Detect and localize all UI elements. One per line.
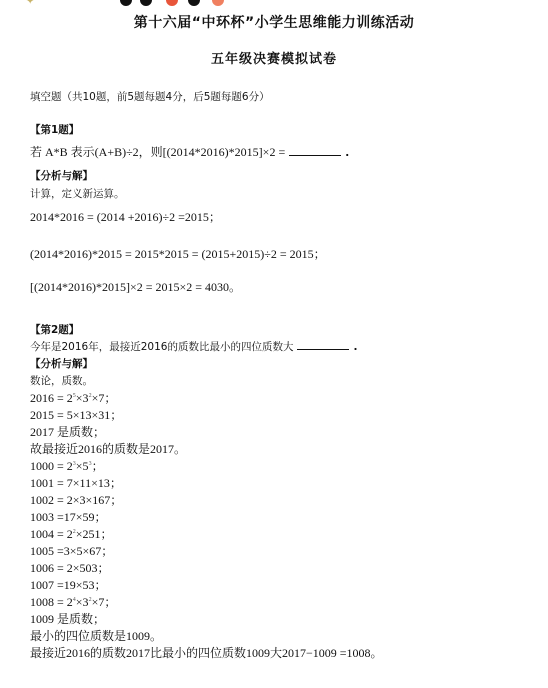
q2-question-text: 今年是2016年，最接近2016的质数比最小的四位质数大 [30,341,293,353]
q2-step: 1009 是质数； [30,610,105,627]
decoration-dot [166,0,178,6]
q2-step: 1006 = 2×503； [30,559,110,576]
header-decoration: ✦ [0,0,548,12]
q2-step: 2016 = 25×32×7； [30,389,116,406]
q1-step: (2014*2016)*2015 = 2015*2015 = (2015+201… [30,245,326,262]
q2-step: 1004 = 22×251； [30,525,113,542]
q2-analysis-label: 【分析与解】 [30,356,93,371]
q2-label: 【第2题】 [30,322,79,337]
decoration-dot [120,0,132,6]
document-subtitle: 五年级决赛模拟试卷 [0,48,548,67]
q2-step: 1003 =17×59； [30,508,107,525]
q1-question: 若 A*B 表示(A+B)÷2，则[(2014*2016)*2015]×2 =. [30,143,349,160]
q2-step: 2017 是质数； [30,423,105,440]
q2-step: 1007 =19×53； [30,576,107,593]
section-heading: 填空题（共10题，前5题每题4分，后5题每题6分） [30,89,270,104]
q2-step: 1000 = 23×53； [30,457,104,474]
q1-question-text: 若 A*B 表示(A+B)÷2，则[(2014*2016)*2015]×2 = [30,145,285,159]
q2-step: 故最接近2016的质数是2017。 [30,440,186,457]
q1-analysis-type: 计算，定义新运算。 [30,186,125,201]
q2-step: 2015 = 5×13×31； [30,406,122,423]
q2-question-end: . [353,341,357,353]
q2-question: 今年是2016年，最接近2016的质数比最小的四位质数大. [30,339,357,354]
star-icon: ✦ [26,0,36,6]
q2-step: 最小的四位质数是1009。 [30,627,162,644]
q2-answer-blank[interactable] [297,339,349,350]
q2-step: 1001 = 7×11×13； [30,474,122,491]
q1-label: 【第1题】 [30,122,79,137]
q1-step: [(2014*2016)*2015]×2 = 2015×2 = 4030。 [30,278,241,295]
q2-step: 1002 = 2×3×167； [30,491,122,508]
decoration-dot [188,0,200,6]
decoration-dot [140,0,152,6]
document-title: 第十六届“中环杯”小学生思维能力训练活动 [0,12,548,32]
q1-step: 2014*2016 = (2014 +2016)÷2 =2015； [30,208,221,225]
q1-analysis-label: 【分析与解】 [30,168,93,183]
q2-step: 1005 =3×5×67； [30,542,113,559]
q2-step: 最接近2016的质数2017比最小的四位质数1009大2017−1009 =10… [30,644,383,661]
q1-question-end: . [345,147,349,159]
decoration-dot [212,0,224,6]
q1-answer-blank[interactable] [289,145,341,156]
q2-step: 1008 = 24×32×7； [30,593,116,610]
q2-analysis-type: 数论，质数。 [30,373,93,388]
